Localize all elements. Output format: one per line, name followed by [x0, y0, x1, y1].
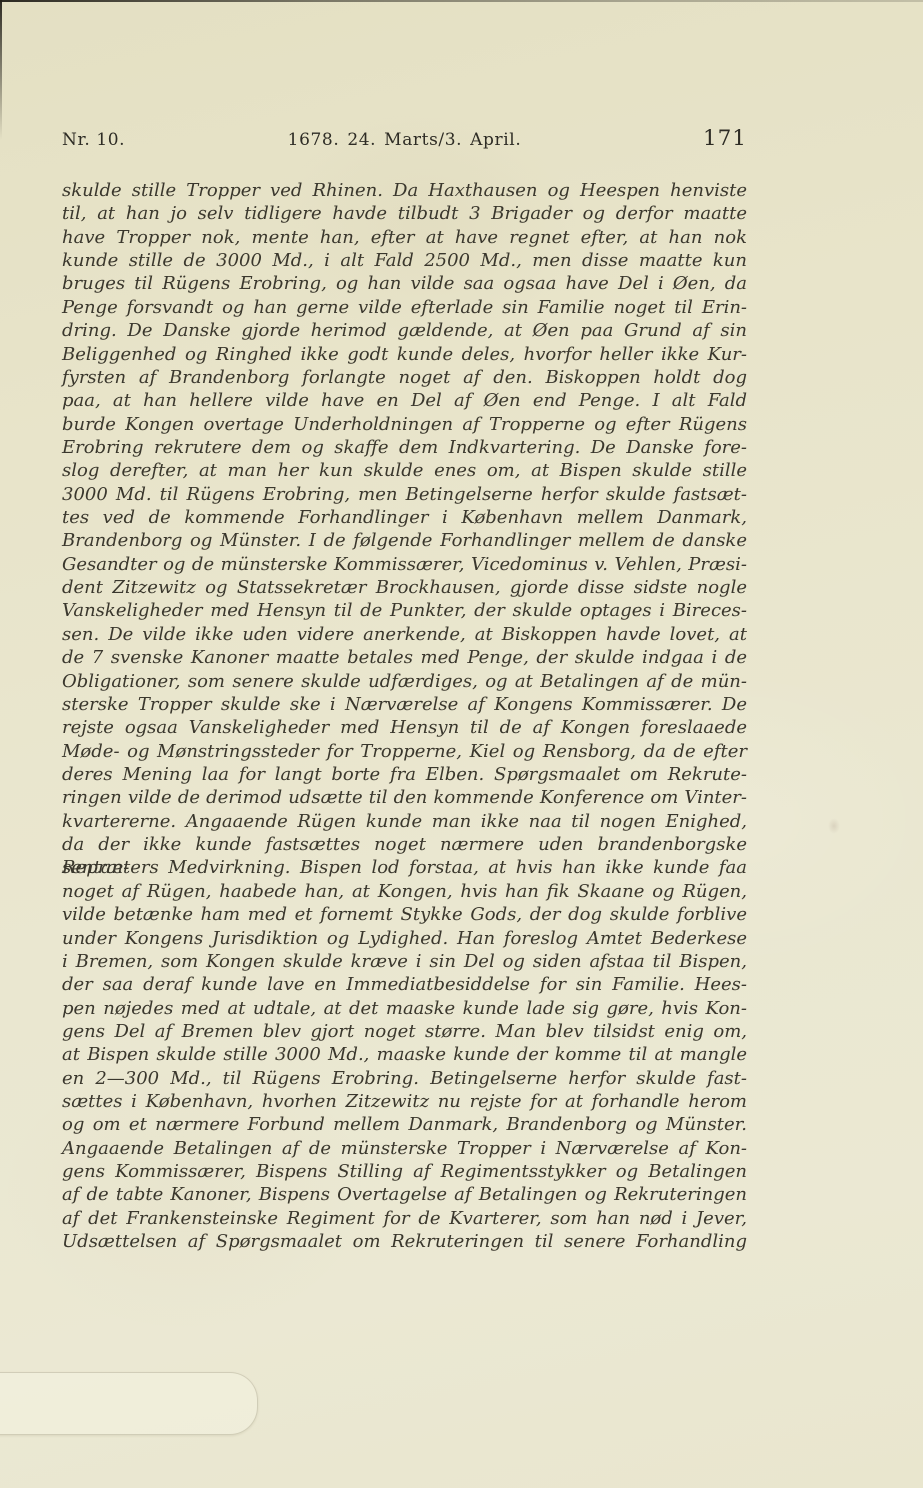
- text-line: da der ikke kunde fastsættes noget nærme…: [62, 833, 747, 856]
- text-line: Penge forsvandt og han gerne vilde efter…: [62, 296, 747, 319]
- text-line: slog derefter, at man her kun skulde ene…: [62, 459, 747, 482]
- text-line: burde Kongen overtage Underholdningen af…: [62, 413, 747, 436]
- text-line: ringen vilde de derimod udsætte til den …: [62, 786, 747, 809]
- text-line: dring. De Danske gjorde herimod gældende…: [62, 319, 747, 342]
- text-line: sættes i København, hvorhen Zitzewitz nu…: [62, 1090, 747, 1113]
- text-line: Erobring rekrutere dem og skaffe dem Ind…: [62, 436, 747, 459]
- text-line: Beliggenhed og Ringhed ikke godt kunde d…: [62, 343, 747, 366]
- scan-edge-left: [0, 0, 2, 140]
- text-line: Gesandter og de münsterske Kommissærer, …: [62, 553, 747, 576]
- text-line: gens Del af Bremen blev gjort noget stør…: [62, 1020, 747, 1043]
- text-line: Brandenborg og Münster. I de følgende Fo…: [62, 529, 747, 552]
- text-line: vilde betænke ham med et fornemt Stykke …: [62, 903, 747, 926]
- text-line: noget af Rügen, haabede han, at Kongen, …: [62, 880, 747, 903]
- text-line: gens Kommissærer, Bispens Stilling af Re…: [62, 1160, 747, 1183]
- text-line: sen. De vilde ikke uden videre anerkende…: [62, 623, 747, 646]
- text-line: rejste ogsaa Vanskeligheder med Hensyn t…: [62, 716, 747, 739]
- page-header: Nr. 10. 1678. 24. Marts/3. April. 171: [62, 126, 747, 151]
- text-line: tes ved de kommende Forhandlinger i Købe…: [62, 506, 747, 529]
- text-line: 3000 Md. til Rügens Erobring, men Beting…: [62, 483, 747, 506]
- text-line: de 7 svenske Kanoner maatte betales med …: [62, 646, 747, 669]
- text-line: dent Zitzewitz og Statssekretær Brockhau…: [62, 576, 747, 599]
- text-line: Obligationer, som senere skulde udfærdig…: [62, 670, 747, 693]
- text-line: bruges til Rügens Erobring, og han vilde…: [62, 272, 747, 295]
- text-line: sterske Tropper skulde ske i Nærværelse …: [62, 693, 747, 716]
- text-line: fyrsten af Brandenborg forlangte noget a…: [62, 366, 747, 389]
- scanned-book-page: Nr. 10. 1678. 24. Marts/3. April. 171 sk…: [0, 0, 923, 1488]
- main-text-block: skulde stille Tropper ved Rhinen. Da Hax…: [62, 179, 747, 1254]
- text-line: skulde stille Tropper ved Rhinen. Da Hax…: [62, 179, 747, 202]
- text-line: Angaaende Betalingen af de münsterske Tr…: [62, 1137, 747, 1160]
- text-line: Møde- og Mønstringssteder for Tropperne,…: [62, 740, 747, 763]
- text-line: en 2—300 Md., til Rügens Erobring. Betin…: [62, 1067, 747, 1090]
- text-line: af de tabte Kanoner, Bispens Overtagelse…: [62, 1183, 747, 1206]
- text-line: at Bispen skulde stille 3000 Md., maaske…: [62, 1043, 747, 1066]
- text-line: Vanskeligheder med Hensyn til de Punkter…: [62, 599, 747, 622]
- page-number: 171: [576, 126, 747, 151]
- text-line: i Bremen, som Kongen skulde kræve i sin …: [62, 950, 747, 973]
- text-line: og om et nærmere Forbund mellem Danmark,…: [62, 1113, 747, 1136]
- text-line: kunde stille de 3000 Md., i alt Fald 250…: [62, 249, 747, 272]
- document-number: Nr. 10.: [62, 130, 233, 150]
- date-heading: 1678. 24. Marts/3. April.: [233, 130, 576, 150]
- text-line: til, at han jo selv tidligere havde tilb…: [62, 202, 747, 225]
- text-line: deres Mening laa for langt borte fra Elb…: [62, 763, 747, 786]
- text-line: paa, at han hellere vilde have en Del af…: [62, 389, 747, 412]
- text-line: pen nøjedes med at udtale, at det maaske…: [62, 997, 747, 1020]
- scan-smudge: [828, 818, 840, 834]
- text-line: der saa deraf kunde lave en Immediatbesi…: [62, 973, 747, 996]
- text-line: Udsættelsen af Spørgsmaalet om Rekruteri…: [62, 1230, 747, 1253]
- text-line: sentanters Medvirkning. Bispen lod forst…: [62, 856, 747, 879]
- text-line: have Tropper nok, mente han, efter at ha…: [62, 226, 747, 249]
- scan-edge-top: [0, 0, 923, 2]
- paper-strip-artifact: [0, 1372, 258, 1435]
- text-line: under Kongens Jurisdiktion og Lydighed. …: [62, 927, 747, 950]
- text-line: kvartererne. Angaaende Rügen kunde man i…: [62, 810, 747, 833]
- text-line: af det Frankensteinske Regiment for de K…: [62, 1207, 747, 1230]
